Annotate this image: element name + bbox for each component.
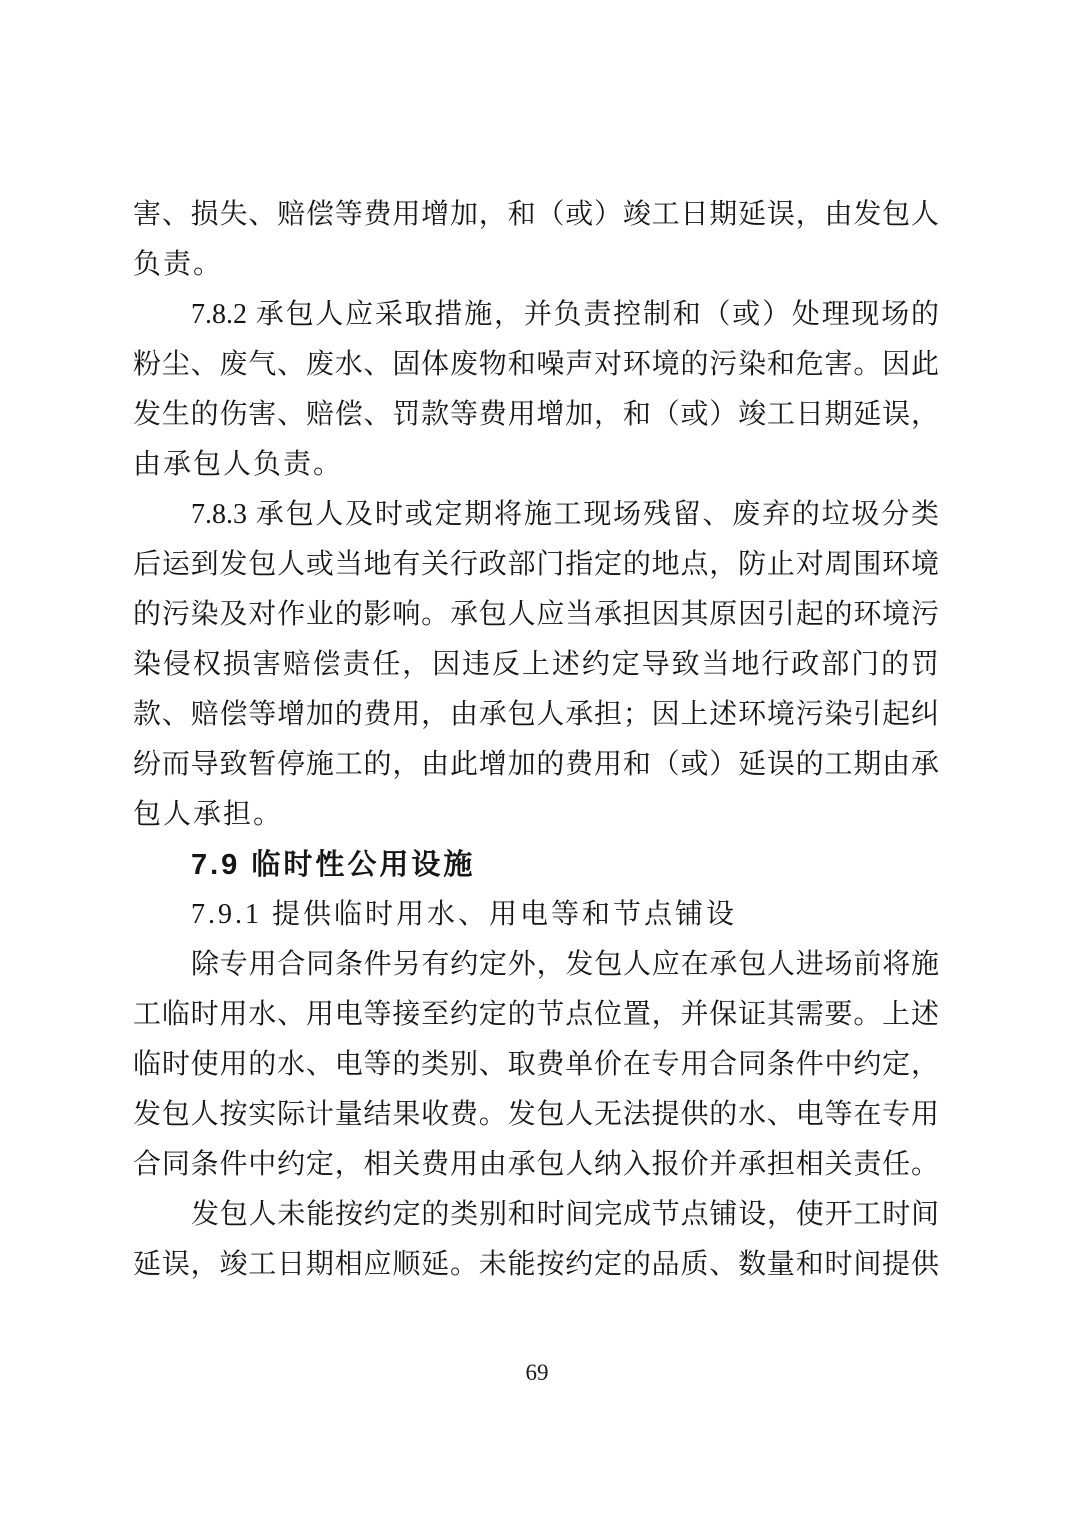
clause-7-8-3-line: 7.8.3 承包人及时或定期将施工现场残留、废弃的垃圾分类 xyxy=(133,490,939,540)
clause-7-9-1-line: 工临时用水、用电等接至约定的节点位置，并保证其需要。上述 xyxy=(133,990,939,1040)
clause-7-9-1-line: 临时使用的水、电等的类别、取费单价在专用合同条件中约定， xyxy=(133,1040,939,1090)
clause-7-8-3-line: 后运到发包人或当地有关行政部门指定的地点，防止对周围环境 xyxy=(133,540,939,590)
clause-7-8-3-line: 纷而导致暂停施工的，由此增加的费用和（或）延误的工期由承 xyxy=(133,740,939,790)
clause-7-9-1-line: 除专用合同条件另有约定外，发包人应在承包人进场前将施 xyxy=(133,940,939,990)
clause-7-8-2-line: 粉尘、废气、废水、固体废物和噪声对环境的污染和危害。因此 xyxy=(133,340,939,390)
clause-7-9-1-line: 延误，竣工日期相应顺延。未能按约定的品质、数量和时间提供 xyxy=(133,1240,939,1290)
clause-7-8-3-line: 染侵权损害赔偿责任，因违反上述约定导致当地行政部门的罚 xyxy=(133,640,939,690)
page-number: 69 xyxy=(0,1358,1074,1388)
document-page: 害、损失、赔偿等费用增加，和（或）竣工日期延误，由发包人 负责。 7.8.2 承… xyxy=(0,0,1074,1520)
clause-7-8-3-line: 包人承担。 xyxy=(133,790,939,840)
clause-7-9-1-line: 合同条件中约定，相关费用由承包人纳入报价并承担相关责任。 xyxy=(133,1140,939,1190)
clause-7-8-3-line: 的污染及对作业的影响。承包人应当承担因其原因引起的环境污 xyxy=(133,590,939,640)
clause-7-8-2-line: 发生的伤害、赔偿、罚款等费用增加，和（或）竣工日期延误， xyxy=(133,390,939,440)
clause-heading-7-9-1: 7.9.1 提供临时用水、用电等和节点铺设 xyxy=(133,890,939,940)
clause-7-9-1-line: 发包人按实际计量结果收费。发包人无法提供的水、电等在专用 xyxy=(133,1090,939,1140)
clause-7-9-1-line: 发包人未能按约定的类别和时间完成节点铺设，使开工时间 xyxy=(133,1190,939,1240)
clause-7-8-2-line: 由承包人负责。 xyxy=(133,440,939,490)
clause-7-8-3-line: 款、赔偿等增加的费用，由承包人承担；因上述环境污染引起纠 xyxy=(133,690,939,740)
text-block: 害、损失、赔偿等费用增加，和（或）竣工日期延误，由发包人 负责。 7.8.2 承… xyxy=(133,190,939,1290)
paragraph-line: 害、损失、赔偿等费用增加，和（或）竣工日期延误，由发包人 xyxy=(133,190,939,240)
paragraph-line: 负责。 xyxy=(133,240,939,290)
section-heading-7-9: 7.9 临时性公用设施 xyxy=(133,840,939,890)
clause-7-8-2-line: 7.8.2 承包人应采取措施，并负责控制和（或）处理现场的 xyxy=(133,290,939,340)
